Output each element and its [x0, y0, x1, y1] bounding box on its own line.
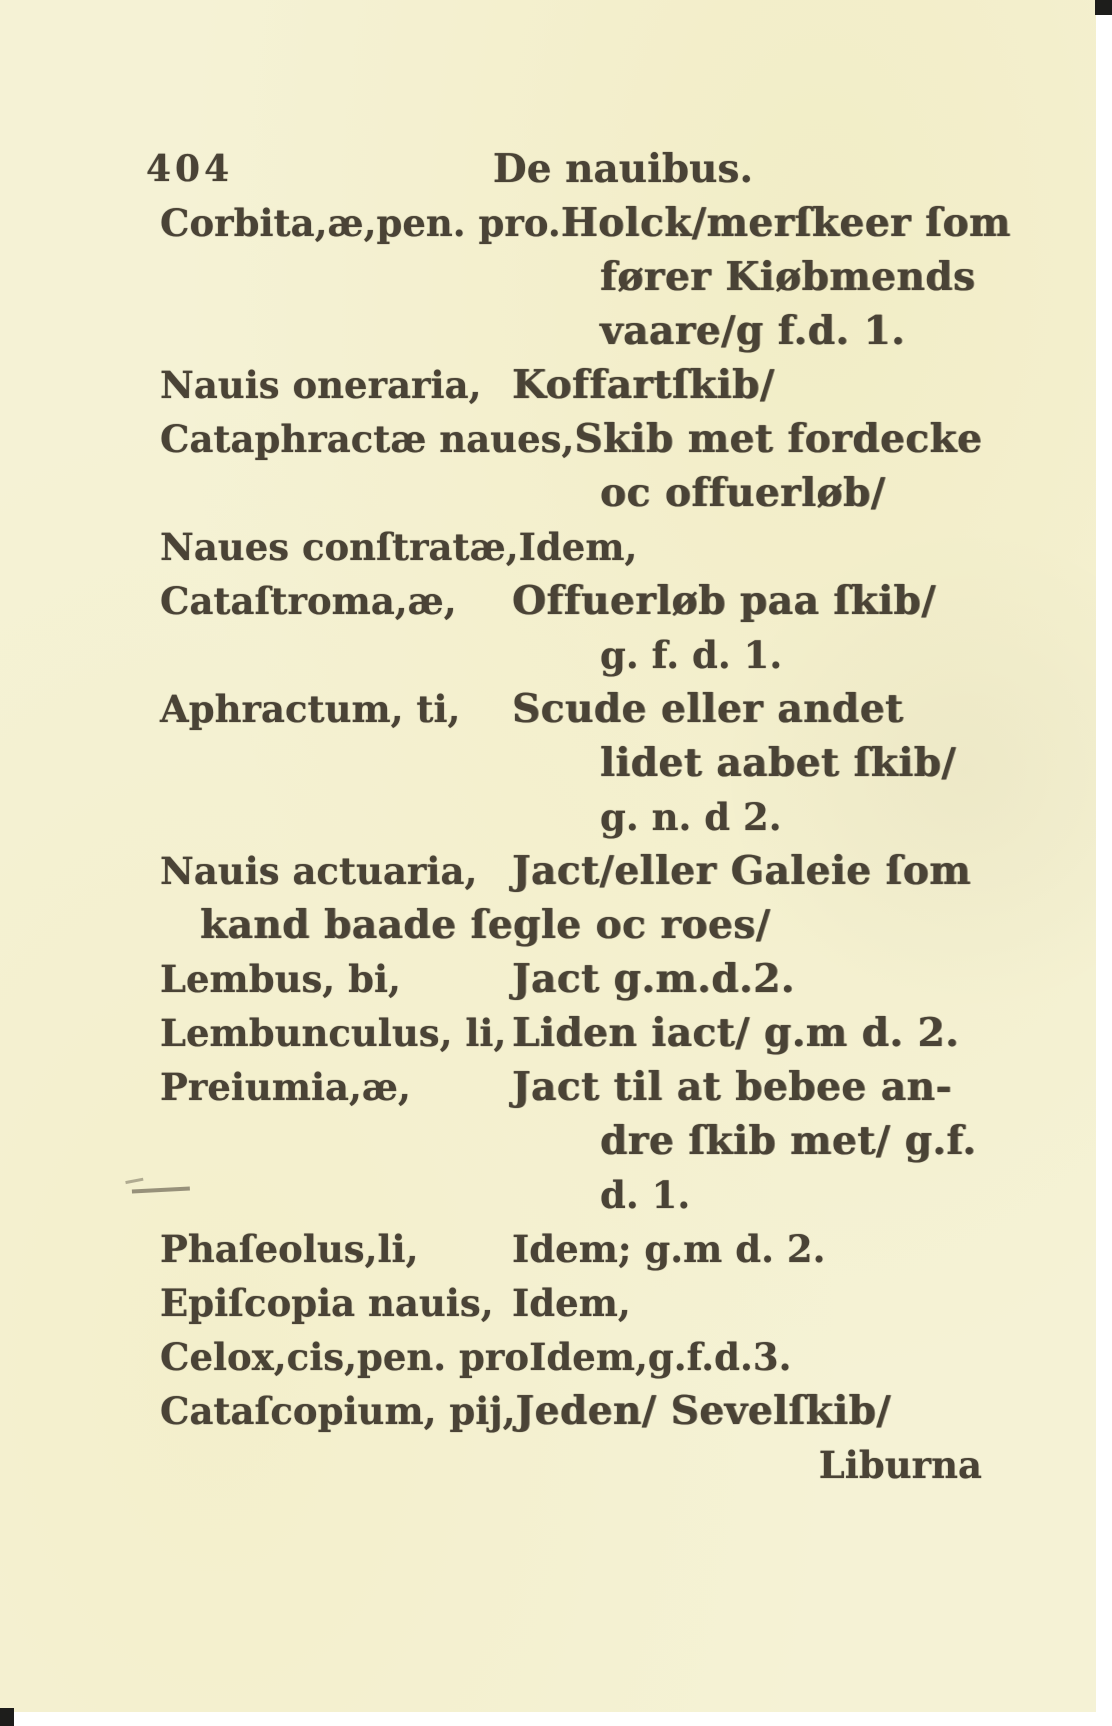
translation-text: Jeden/ Sevelſkib/	[516, 1384, 996, 1438]
latin-headword: Corbita,æ,pen. pro.	[160, 196, 561, 250]
translation-text: Koffartſkib/	[512, 358, 996, 412]
translation-text: Scude eller andet	[512, 682, 996, 736]
latin-headword: Nauis oneraria,	[160, 358, 512, 412]
translation-text: Skib met fordecke	[574, 412, 996, 466]
page-number: 404	[146, 142, 233, 196]
entry-line: fører Kiøbmends	[160, 250, 996, 304]
translation-continuation-text: d. 1.	[600, 1168, 690, 1222]
latin-headword: Preiumia,æ,	[160, 1060, 512, 1114]
translation-continuation-text: g. f. d. 1.	[600, 628, 782, 682]
latin-headword: Epiſcopia nauis,	[160, 1276, 512, 1330]
latin-headword: Lembunculus, li,	[160, 1006, 512, 1060]
translation-text: Holck/merſkeer ſom	[561, 196, 1011, 250]
book-page-paper: 404 De nauibus. Corbita,æ,pen. pro.Holck…	[0, 0, 1096, 1712]
entry-line: vaare/g f.d. 1.	[160, 304, 996, 358]
catchword-line: Liburna	[160, 1438, 996, 1492]
entry-line: Corbita,æ,pen. pro.Holck/merſkeer ſom	[160, 196, 996, 250]
entry-line: kand baade ſegle oc roes/	[160, 898, 996, 952]
entry-line: Nauis actuaria,Jact/eller Galeie ſom	[160, 844, 996, 898]
entry-line: Cataſtroma,æ,Offuerløb paa ſkib/	[160, 574, 996, 628]
translation-continuation-text: vaare/g f.d. 1.	[600, 304, 905, 358]
translation-text: Jact/eller Galeie ſom	[512, 844, 996, 898]
latin-headword: Aphractum, ti,	[160, 682, 512, 736]
scan-corner-mark-top-right	[1095, 0, 1112, 15]
latin-headword: Cataſcopium, pij,	[160, 1384, 516, 1438]
translation-runover-text: kand baade ſegle oc roes/	[200, 898, 770, 952]
translation-text: Idem,	[512, 1276, 996, 1330]
latin-headword: Celox,cis,pen. pro	[160, 1330, 529, 1384]
translation-text: Jact til at bebee an-	[512, 1060, 996, 1114]
page-header: 404 De nauibus.	[160, 142, 996, 196]
latin-headword: Phaſeolus,li,	[160, 1222, 512, 1276]
text-block: 404 De nauibus. Corbita,æ,pen. pro.Holck…	[160, 142, 996, 1492]
translation-continuation-text: fører Kiøbmends	[600, 250, 975, 304]
latin-headword: Cataphractæ naues,	[160, 412, 574, 466]
entry-line: Phaſeolus,li,Idem; g.m d. 2.	[160, 1222, 996, 1276]
entry-line: Nauis oneraria,Koffartſkib/	[160, 358, 996, 412]
entry-line: oc offuerløb/	[160, 466, 996, 520]
entry-line: lidet aabet ſkib/	[160, 736, 996, 790]
entry-line: Aphractum, ti,Scude eller andet	[160, 682, 996, 736]
latin-headword: Naues conſtratæ,	[160, 520, 519, 574]
translation-continuation-text: g. n. d 2.	[600, 790, 782, 844]
translation-text: Liden iact/ g.m d. 2.	[512, 1006, 996, 1060]
translation-text: Jact g.m.d.2.	[512, 952, 996, 1006]
entry-line: d. 1.	[160, 1168, 996, 1222]
entry-line: Epiſcopia nauis,Idem,	[160, 1276, 996, 1330]
catchword: Liburna	[819, 1443, 982, 1487]
translation-text: Idem; g.m d. 2.	[512, 1222, 996, 1276]
scanned-book-page: 404 De nauibus. Corbita,æ,pen. pro.Holck…	[0, 0, 1112, 1726]
entry-line: Celox,cis,pen. proIdem,g.f.d.3.	[160, 1330, 996, 1384]
latin-headword: Lembus, bi,	[160, 952, 512, 1006]
entry-line: Cataphractæ naues,Skib met fordecke	[160, 412, 996, 466]
entry-line: g. n. d 2.	[160, 790, 996, 844]
entry-line: Lembus, bi,Jact g.m.d.2.	[160, 952, 996, 1006]
entry-line: Naues conſtratæ,Idem,	[160, 520, 996, 574]
dictionary-entries: Corbita,æ,pen. pro.Holck/merſkeer ſomfør…	[160, 196, 996, 1438]
running-title: De nauibus.	[160, 142, 996, 196]
entry-line: Cataſcopium, pij,Jeden/ Sevelſkib/	[160, 1384, 996, 1438]
translation-continuation-text: dre ſkib met/ g.f.	[600, 1114, 976, 1168]
translation-text: Offuerløb paa ſkib/	[512, 574, 996, 628]
latin-headword: Nauis actuaria,	[160, 844, 512, 898]
entry-line: dre ſkib met/ g.f.	[160, 1114, 996, 1168]
translation-continuation-text: oc offuerløb/	[600, 466, 885, 520]
translation-text: Idem,	[519, 520, 996, 574]
latin-headword: Cataſtroma,æ,	[160, 574, 512, 628]
entry-line: Lembunculus, li,Liden iact/ g.m d. 2.	[160, 1006, 996, 1060]
translation-continuation-text: lidet aabet ſkib/	[600, 736, 956, 790]
scan-corner-mark-bottom-left	[0, 1708, 14, 1726]
translation-text: Idem,g.f.d.3.	[529, 1330, 996, 1384]
entry-line: Preiumia,æ,Jact til at bebee an-	[160, 1060, 996, 1114]
entry-line: g. f. d. 1.	[160, 628, 996, 682]
